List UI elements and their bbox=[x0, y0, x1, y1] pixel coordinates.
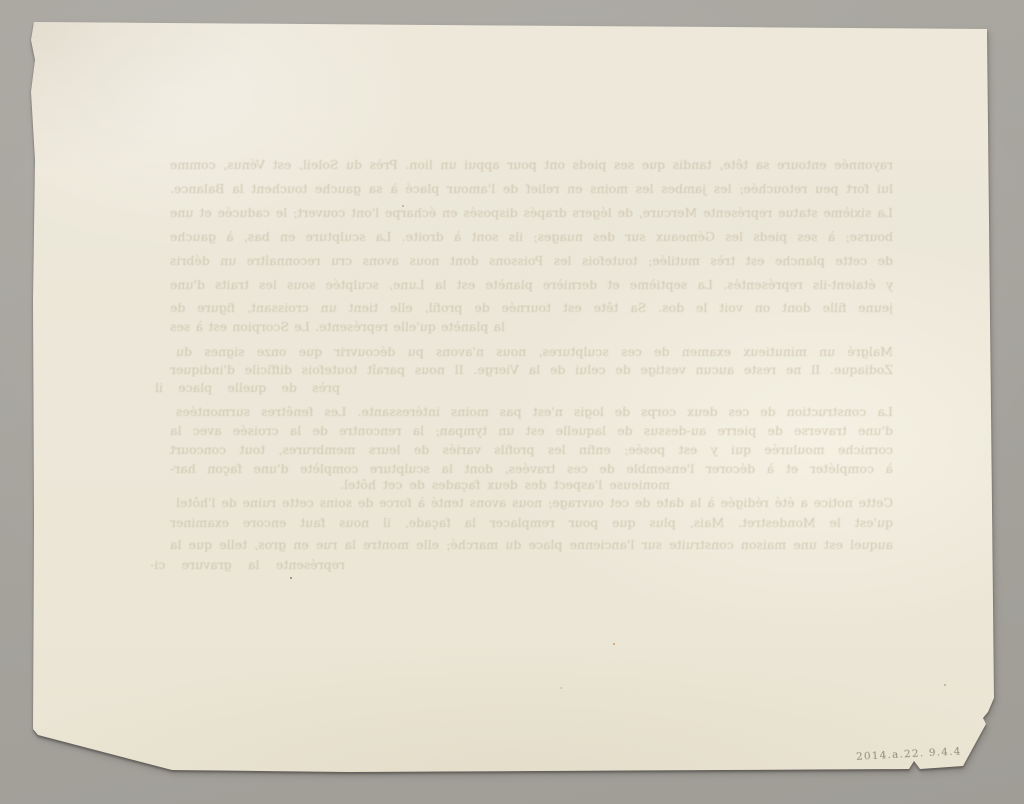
paper-sheet-shadow: rayonnée entoure sa tête, tandis que ses… bbox=[0, 0, 1024, 804]
ghost-text-line: auquel est une maison construite sur l'a… bbox=[170, 537, 893, 554]
paper-speck bbox=[560, 687, 562, 689]
ghost-text-line: près de quelle place il figure. bbox=[155, 380, 340, 397]
ghost-text-line: la planète qu'elle représente. Le Scorpi… bbox=[170, 319, 505, 336]
ghost-text-line: y étaient-ils représentés. La septième e… bbox=[170, 277, 893, 294]
paper-speck bbox=[944, 684, 946, 686]
paper-sheet: rayonnée entoure sa tête, tandis que ses… bbox=[0, 0, 1024, 804]
ghost-text-line: à compléter et à décorer l'ensemble de c… bbox=[170, 461, 893, 478]
ghost-text-line: La sixième statue représente Mercure, de… bbox=[170, 205, 893, 222]
paper-speck bbox=[613, 643, 615, 645]
ghost-text-line: qu'est le Mondestret. Mais, plus que pou… bbox=[170, 515, 893, 532]
ghost-text-line: Zodiaque. Il ne reste aucun vestige de c… bbox=[170, 362, 893, 379]
ghost-text-line: monieuse l'aspect des deux façades de ce… bbox=[340, 477, 670, 494]
ghost-text-line: rayonnée entoure sa tête, tandis que ses… bbox=[170, 157, 893, 174]
ghost-text-line: Malgré un minutieux examen de ces sculpt… bbox=[176, 344, 893, 361]
ghost-text-line: représente la gravure ci-contre. bbox=[150, 557, 345, 574]
ghost-text-line: La construction de ces deux corps de log… bbox=[176, 404, 893, 421]
paper-speck bbox=[402, 205, 404, 207]
ghost-text-line: corniche moulurée qui y est posée; enfin… bbox=[170, 442, 893, 459]
accession-inscription: 2014.a.22. 9.4.4 bbox=[856, 745, 966, 763]
scan-background: rayonnée entoure sa tête, tandis que ses… bbox=[0, 0, 1024, 804]
ghost-text-line: bourse; à ses pieds les Gémeaux sur des … bbox=[170, 229, 893, 246]
ghost-text-line: d'une traverse de pierre au-dessus de la… bbox=[170, 423, 893, 440]
ghost-text-line: de cette planche est très mutilée; toute… bbox=[170, 253, 893, 270]
ghost-text-line: Cette notice a été rédigée à la date de … bbox=[176, 495, 893, 512]
ghost-text-line: lui fort peu retouchée; les jambes les m… bbox=[170, 181, 893, 198]
paper-speck bbox=[290, 577, 292, 579]
ghost-text-line: jeune fille dont on voit le dos. Sa tête… bbox=[170, 300, 893, 317]
